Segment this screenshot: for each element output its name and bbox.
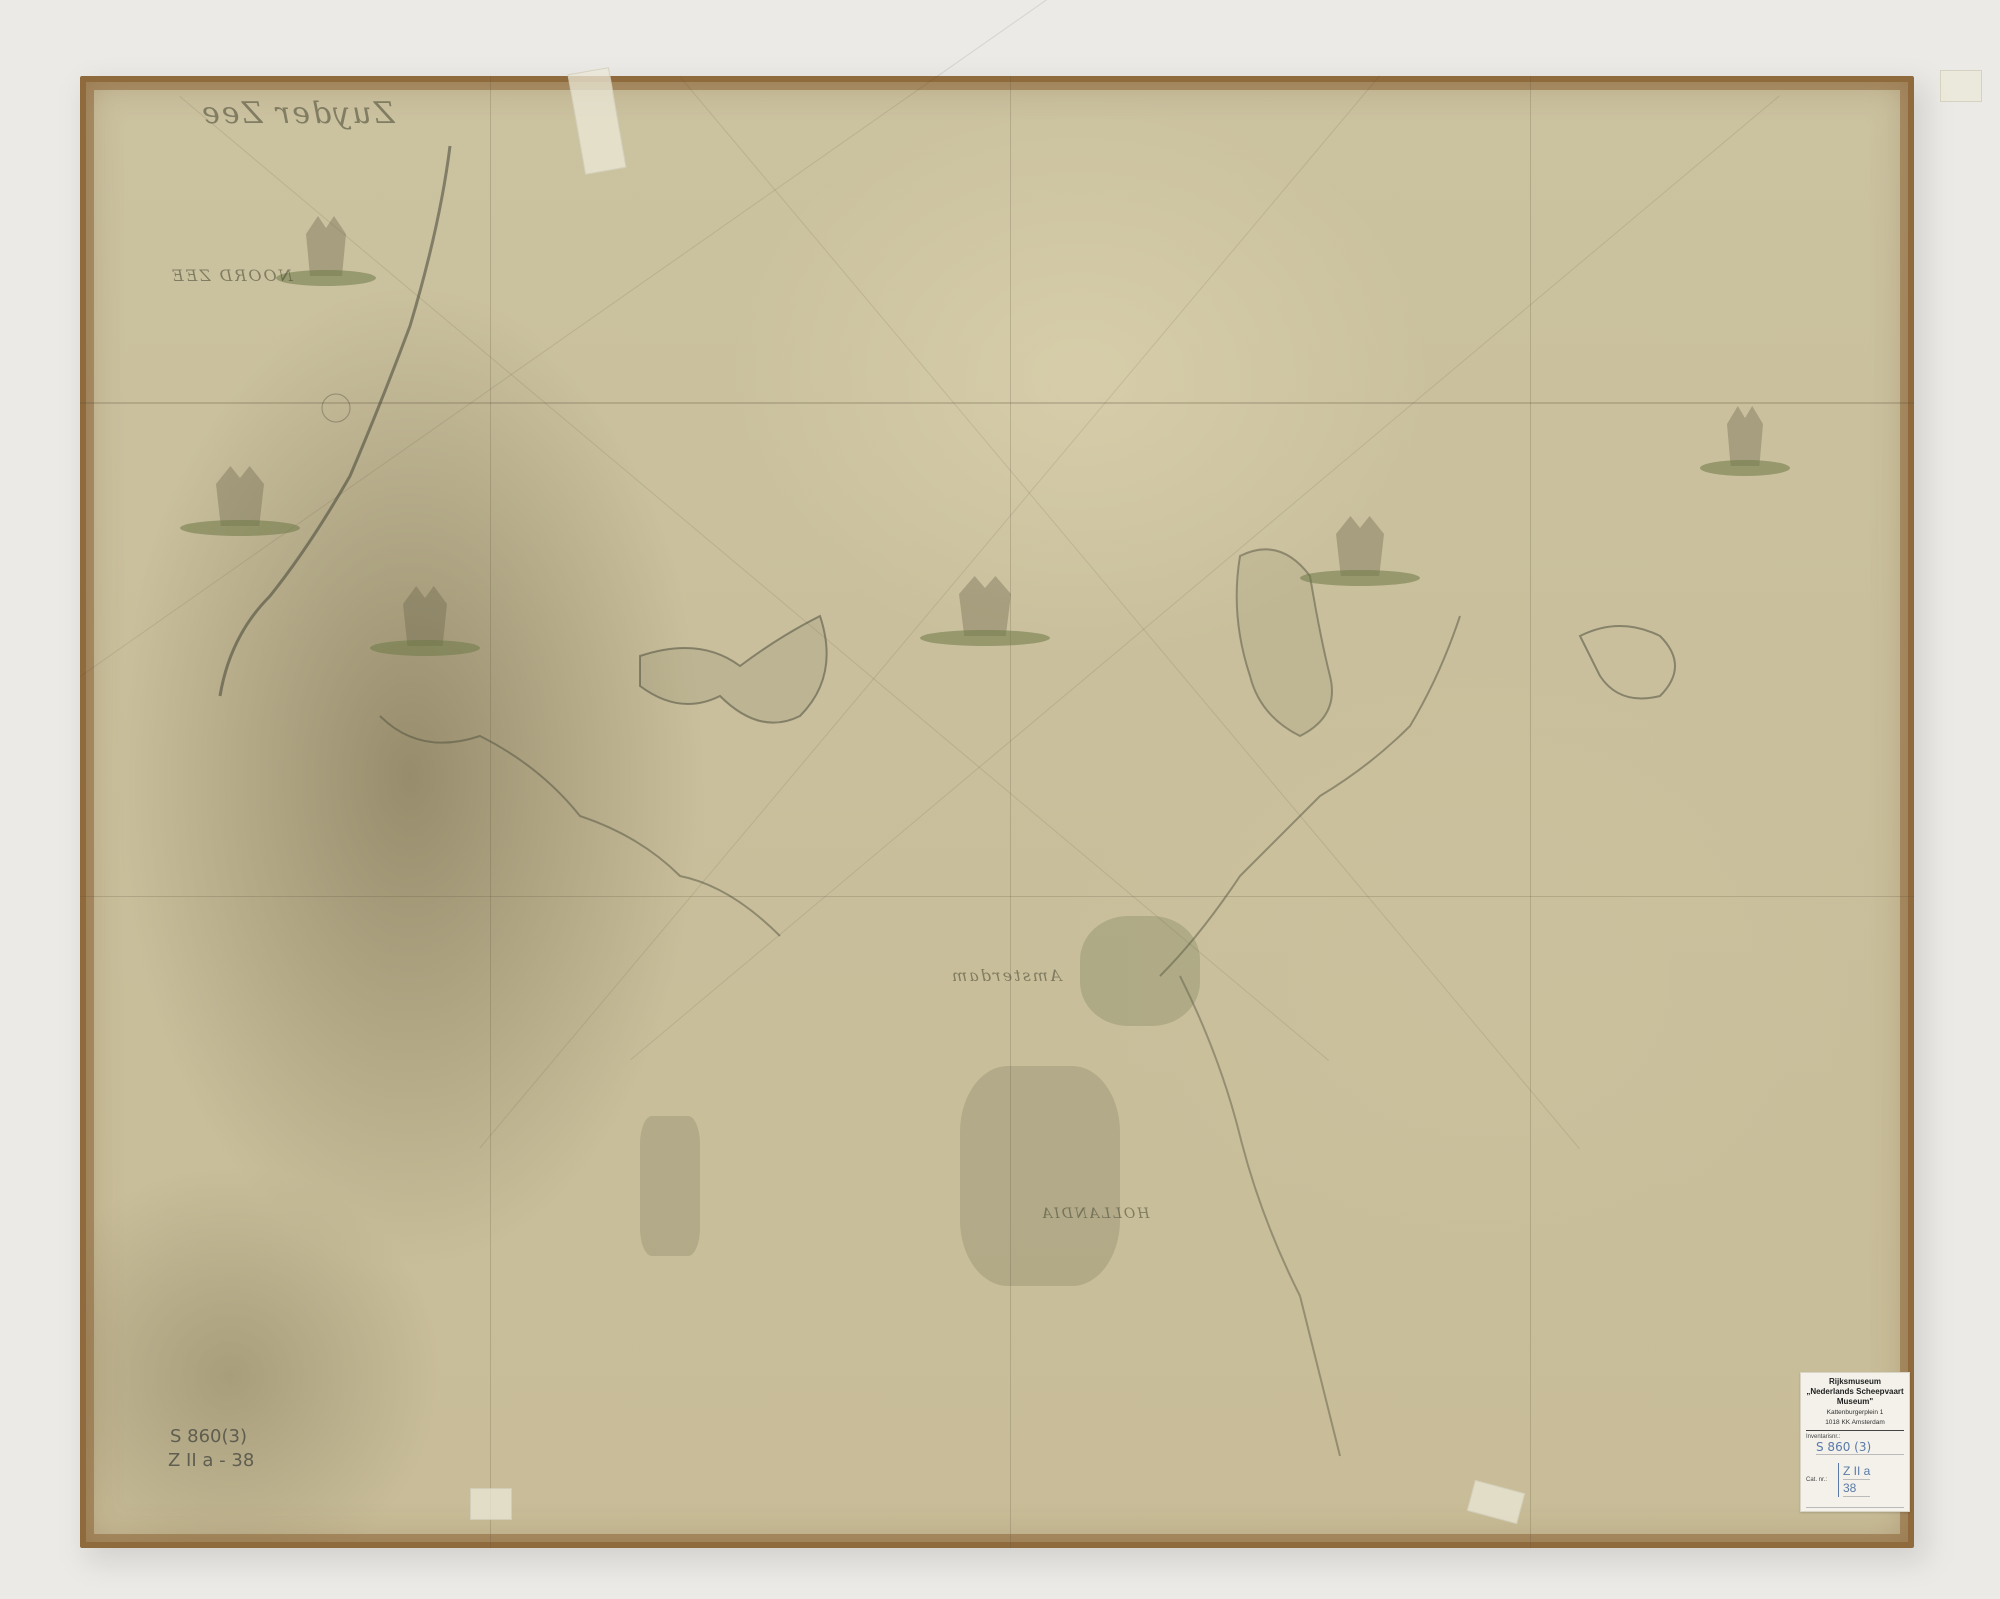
catalog-label: Cat. nr.: xyxy=(1806,1477,1838,1483)
museum-name: Rijksmuseum „Nederlands Scheepvaart Muse… xyxy=(1806,1377,1904,1407)
tape-piece xyxy=(470,1488,512,1520)
pencil-catalog-note: Z II a - 38 xyxy=(168,1450,254,1471)
catalog-row: Cat. nr.: Z II a 38 xyxy=(1806,1463,1904,1497)
tape-piece xyxy=(1940,70,1982,102)
cartouche-illustration xyxy=(960,1066,1120,1286)
mirrored-handwriting: Zuyder Zee xyxy=(200,96,394,131)
catalog-value-line2: 38 xyxy=(1843,1480,1870,1497)
inventory-value: S 860 (3) xyxy=(1816,1440,1904,1455)
pencil-inventory-note: S 860(3) xyxy=(170,1426,247,1447)
coat-of-arms-illustration xyxy=(1080,916,1200,1026)
ship-illustration xyxy=(920,556,1050,646)
cartouche-illustration xyxy=(640,1116,700,1256)
show-through-sea-label: NOORD ZEE xyxy=(170,266,293,285)
ship-illustration xyxy=(1700,416,1790,476)
label-divider xyxy=(1806,1430,1904,1431)
compass-rose-icon xyxy=(322,394,350,422)
ship-illustration xyxy=(180,466,300,536)
museum-label: Rijksmuseum „Nederlands Scheepvaart Muse… xyxy=(1800,1372,1910,1512)
show-through-region-label: HOLLANDIA xyxy=(1040,1206,1150,1222)
label-blank-line xyxy=(1806,1507,1904,1508)
ship-illustration xyxy=(370,576,480,656)
coastline-drawing xyxy=(80,76,1914,1548)
catalog-value-line1: Z II a xyxy=(1843,1463,1870,1480)
map-sheet-back: NOORD ZEE Amsterdam HOLLANDIA Zuyder Zee… xyxy=(80,76,1914,1548)
show-through-city-label: Amsterdam xyxy=(950,966,1061,985)
museum-address-line2: 1018 KK Amsterdam xyxy=(1806,1419,1904,1427)
museum-address-line1: Kattenburgerplein 1 xyxy=(1806,1409,1904,1417)
ship-illustration xyxy=(1300,506,1420,586)
